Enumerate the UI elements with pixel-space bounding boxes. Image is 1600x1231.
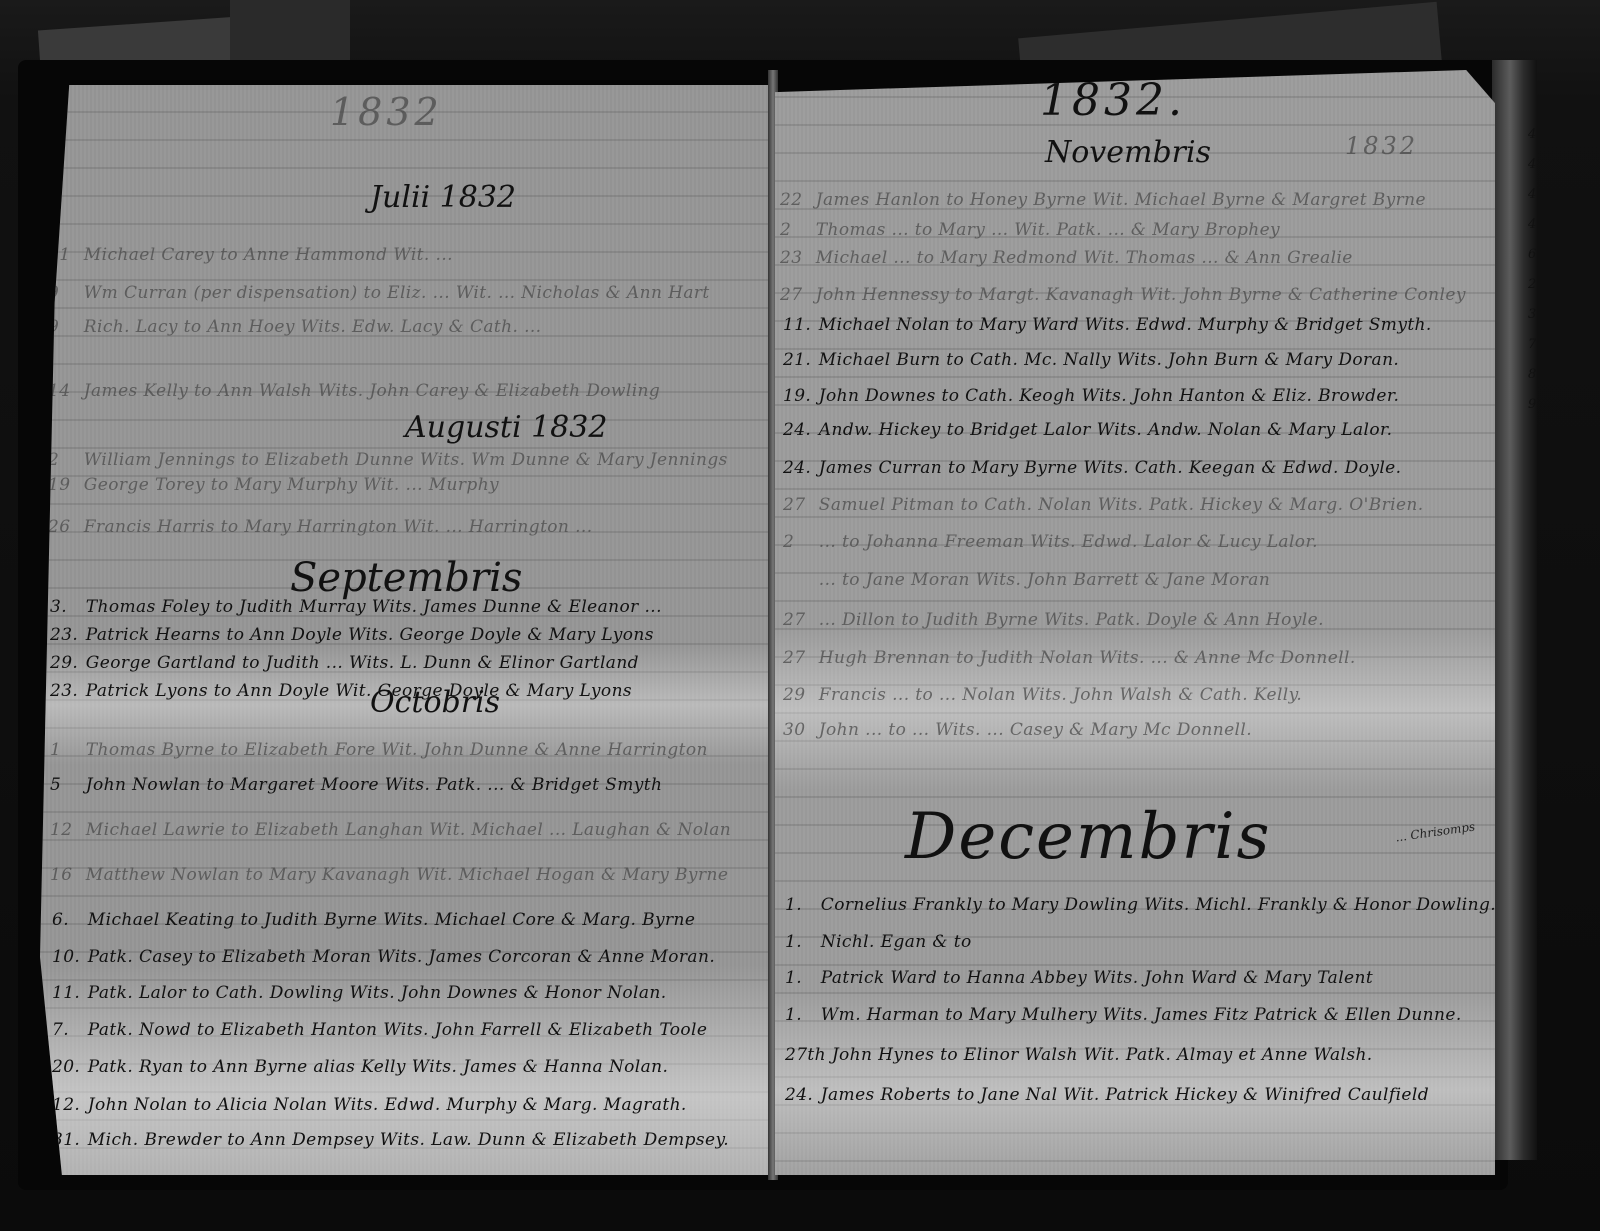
entry-day: 1. [785, 968, 815, 988]
entry-text: Michael ... to Mary Redmond Wit. Thomas … [810, 248, 1353, 268]
register-entry: 27 Samuel Pitman to Cath. Nolan Wits. Pa… [783, 495, 1424, 515]
edge-number: 4 [1528, 180, 1548, 210]
register-entry: 23. Patrick Hearns to Ann Doyle Wits. Ge… [50, 625, 654, 645]
register-entry: 5 John Nowlan to Margaret Moore Wits. Pa… [50, 775, 662, 795]
entry-day: 29 [783, 685, 813, 705]
entry-text: John Hynes to Elinor Walsh Wit. Patk. Al… [826, 1045, 1373, 1065]
entry-text: Michael Lawrie to Elizabeth Langhan Wit.… [80, 820, 731, 840]
register-entry: 12. John Nolan to Alicia Nolan Wits. Edw… [52, 1095, 687, 1115]
entry-text: Francis Harris to Mary Harrington Wit. .… [78, 517, 593, 537]
entry-text: Francis ... to ... Nolan Wits. John Wals… [813, 685, 1302, 705]
entry-text: Matthew Nowlan to Mary Kavanagh Wit. Mic… [80, 865, 728, 885]
entry-text: John Nolan to Alicia Nolan Wits. Edwd. M… [82, 1095, 687, 1115]
entry-day: 24. [783, 458, 813, 478]
entry-day: 27th [785, 1045, 826, 1065]
right-year-marginal: 1832 [1345, 132, 1418, 160]
entry-day: 5 [50, 775, 80, 795]
entry-text: Michael Carey to Anne Hammond Wit. ... [78, 245, 453, 265]
entry-day: 2 [780, 220, 810, 240]
entry-text: Thomas ... to Mary ... Wit. Patk. ... & … [810, 220, 1280, 240]
register-entry: 22 James Hanlon to Honey Byrne Wit. Mich… [780, 190, 1426, 210]
entry-text: James Kelly to Ann Walsh Wits. John Care… [78, 381, 660, 401]
entry-day: 27 [783, 610, 813, 630]
register-entry: 27th John Hynes to Elinor Walsh Wit. Pat… [785, 1045, 1373, 1065]
edge-number: 2 [1528, 270, 1548, 300]
register-entry: 10. Patk. Casey to Elizabeth Moran Wits.… [52, 947, 715, 967]
entry-text: Rich. Lacy to Ann Hoey Wits. Edw. Lacy &… [78, 317, 542, 337]
register-entry: 2 William Jennings to Elizabeth Dunne Wi… [48, 450, 728, 470]
edge-number: 3 [1528, 300, 1548, 330]
entry-text: ... to Johanna Freeman Wits. Edwd. Lalor… [813, 532, 1318, 552]
month-heading: Julii 1832 [370, 180, 516, 215]
register-entry: 29 Francis ... to ... Nolan Wits. John W… [783, 685, 1302, 705]
entry-text: Patk. Lalor to Cath. Dowling Wits. John … [82, 983, 667, 1003]
entry-day: 3. [50, 597, 80, 617]
register-entry: ... to Jane Moran Wits. John Barrett & J… [783, 570, 1270, 590]
register-entry: 16 Matthew Nowlan to Mary Kavanagh Wit. … [50, 865, 728, 885]
edge-number: 9 [1528, 390, 1548, 420]
register-entry: 1. Cornelius Frankly to Mary Dowling Wit… [785, 895, 1495, 915]
register-entry: 19. John Downes to Cath. Keogh Wits. Joh… [783, 386, 1399, 406]
register-entry: 19 George Torey to Mary Murphy Wit. ... … [48, 475, 499, 495]
entry-text: John Nowlan to Margaret Moore Wits. Patk… [80, 775, 662, 795]
register-entry: 1. Wm. Harman to Mary Mulhery Wits. Jame… [785, 1005, 1462, 1025]
entry-text: Wm. Harman to Mary Mulhery Wits. James F… [815, 1005, 1462, 1025]
entry-day: 1. [785, 1005, 815, 1025]
entry-text: Mich. Brewder to Ann Dempsey Wits. Law. … [82, 1130, 729, 1150]
entry-day: 22 [780, 190, 810, 210]
register-entry: 29. George Gartland to Judith ... Wits. … [50, 653, 639, 673]
entry-text: John Downes to Cath. Keogh Wits. John Ha… [813, 386, 1399, 406]
register-entry: 12 Michael Lawrie to Elizabeth Langhan W… [50, 820, 731, 840]
entry-day: 21. [783, 350, 813, 370]
edge-number: 8 [1528, 360, 1548, 390]
entry-day: 12. [52, 1095, 82, 1115]
entry-text: James Curran to Mary Byrne Wits. Cath. K… [813, 458, 1401, 478]
entry-text: Thomas Foley to Judith Murray Wits. Jame… [80, 597, 662, 617]
register-entry: 3. Thomas Foley to Judith Murray Wits. J… [50, 597, 662, 617]
entry-day: 1. [785, 895, 815, 915]
left-year-header: 1832 [330, 90, 443, 134]
edge-number: 7 [1528, 330, 1548, 360]
entry-text: John ... to ... Wits. ... Casey & Mary M… [813, 720, 1252, 740]
register-entry: 2 Thomas ... to Mary ... Wit. Patk. ... … [780, 220, 1280, 240]
edge-number: 4 [1528, 120, 1548, 150]
entry-text: Samuel Pitman to Cath. Nolan Wits. Patk.… [813, 495, 1424, 515]
register-entry: 9 Wm Curran (per dispensation) to Eliz. … [48, 283, 710, 303]
entry-text: Michael Burn to Cath. Mc. Nally Wits. Jo… [813, 350, 1399, 370]
entry-day: 29. [50, 653, 80, 673]
entry-day: 1 [50, 740, 80, 760]
entry-day: 6. [52, 910, 82, 930]
entry-text: Michael Keating to Judith Byrne Wits. Mi… [82, 910, 695, 930]
register-entry: 21 Michael Carey to Anne Hammond Wit. ..… [48, 245, 453, 265]
entry-text: George Torey to Mary Murphy Wit. ... Mur… [78, 475, 499, 495]
entry-day: 23 [780, 248, 810, 268]
entry-day: 1. [785, 932, 815, 952]
edge-tab-numbers: 4444623789 [1528, 120, 1548, 420]
register-entry: 1. Patrick Ward to Hanna Abbey Wits. Joh… [785, 968, 1373, 988]
month-heading: Decembris [905, 800, 1271, 874]
entry-day: 11. [783, 315, 813, 335]
entry-day: 2 [783, 532, 813, 552]
entry-day: 19 [48, 475, 78, 495]
month-heading: Augusti 1832 [405, 410, 607, 445]
register-entry: 2 ... to Johanna Freeman Wits. Edwd. Lal… [783, 532, 1318, 552]
entry-text: Michael Nolan to Mary Ward Wits. Edwd. M… [813, 315, 1432, 335]
entry-text: James Hanlon to Honey Byrne Wit. Michael… [810, 190, 1426, 210]
register-entry: 6. Michael Keating to Judith Byrne Wits.… [52, 910, 695, 930]
entry-day: 30 [783, 720, 813, 740]
entry-text: Wm Curran (per dispensation) to Eliz. ..… [78, 283, 710, 303]
margin-note: ... Chrisomps [1394, 819, 1476, 844]
entry-text: Patrick Ward to Hanna Abbey Wits. John W… [815, 968, 1373, 988]
register-entry: 1. Nichl. Egan & to [785, 932, 972, 952]
entry-day: 24. [785, 1085, 815, 1105]
entry-day: 16 [50, 865, 80, 885]
entry-day: 27 [780, 285, 810, 305]
entry-text: John Hennessy to Margt. Kavanagh Wit. Jo… [810, 285, 1466, 305]
entry-day: 20. [52, 1057, 82, 1077]
entry-day: 24. [783, 420, 813, 440]
register-entry: 24. James Roberts to Jane Nal Wit. Patri… [785, 1085, 1429, 1105]
month-heading: Octobris [370, 685, 500, 720]
entry-text: Patk. Casey to Elizabeth Moran Wits. Jam… [82, 947, 715, 967]
register-entry: 9 Rich. Lacy to Ann Hoey Wits. Edw. Lacy… [48, 317, 542, 337]
register-entry: 23. Patrick Lyons to Ann Doyle Wit. Geor… [50, 681, 632, 701]
register-entry: 21. Michael Burn to Cath. Mc. Nally Wits… [783, 350, 1399, 370]
register-entry: 24. James Curran to Mary Byrne Wits. Cat… [783, 458, 1401, 478]
entry-day: 12 [50, 820, 80, 840]
entry-text: Hugh Brennan to Judith Nolan Wits. ... &… [813, 648, 1356, 668]
register-entry: 14 James Kelly to Ann Walsh Wits. John C… [48, 381, 660, 401]
entry-text: Patk. Nowd to Elizabeth Hanton Wits. Joh… [82, 1020, 707, 1040]
entry-text: George Gartland to Judith ... Wits. L. D… [80, 653, 639, 673]
entry-day: 26 [48, 517, 78, 537]
entry-text: ... to Jane Moran Wits. John Barrett & J… [813, 570, 1270, 590]
entry-day: 27 [783, 495, 813, 515]
entry-text: Patrick Lyons to Ann Doyle Wit. George D… [80, 681, 632, 701]
entry-text: Cornelius Frankly to Mary Dowling Wits. … [815, 895, 1495, 915]
right-page: 1832. 1832 Novembris22 James Hanlon to H… [775, 70, 1495, 1175]
entry-day: 27 [783, 648, 813, 668]
register-entry: 1 Thomas Byrne to Elizabeth Fore Wit. Jo… [50, 740, 708, 760]
register-entry: 24. Andw. Hickey to Bridget Lalor Wits. … [783, 420, 1392, 440]
entry-day: 10. [52, 947, 82, 967]
register-entry: 27 John Hennessy to Margt. Kavanagh Wit.… [780, 285, 1466, 305]
entry-text: Patrick Hearns to Ann Doyle Wits. George… [80, 625, 654, 645]
entry-text: James Roberts to Jane Nal Wit. Patrick H… [815, 1085, 1429, 1105]
entry-day: 2 [48, 450, 78, 470]
month-heading: Septembris [290, 555, 522, 601]
entry-text: Thomas Byrne to Elizabeth Fore Wit. John… [80, 740, 708, 760]
register-entry: 27 Hugh Brennan to Judith Nolan Wits. ..… [783, 648, 1356, 668]
entry-text: Andw. Hickey to Bridget Lalor Wits. Andw… [813, 420, 1392, 440]
month-heading: Novembris [1045, 135, 1211, 170]
entry-day: 11. [52, 983, 82, 1003]
left-page: 1832 Julii 183221 Michael Carey to Anne … [40, 85, 770, 1175]
register-entry: 31. Mich. Brewder to Ann Dempsey Wits. L… [52, 1130, 729, 1150]
register-entry: 11. Patk. Lalor to Cath. Dowling Wits. J… [52, 983, 667, 1003]
register-entry: 7. Patk. Nowd to Elizabeth Hanton Wits. … [52, 1020, 707, 1040]
entry-day: 7. [52, 1020, 82, 1040]
register-entry: 26 Francis Harris to Mary Harrington Wit… [48, 517, 593, 537]
register-entry: 27 ... Dillon to Judith Byrne Wits. Patk… [783, 610, 1324, 630]
edge-number: 6 [1528, 240, 1548, 270]
entry-text: Patk. Ryan to Ann Byrne alias Kelly Wits… [82, 1057, 668, 1077]
entry-day: 19. [783, 386, 813, 406]
entry-day: 23. [50, 625, 80, 645]
entry-day: 23. [50, 681, 80, 701]
entry-text: Nichl. Egan & to [815, 932, 972, 952]
register-entry: 20. Patk. Ryan to Ann Byrne alias Kelly … [52, 1057, 668, 1077]
entry-text: ... Dillon to Judith Byrne Wits. Patk. D… [813, 610, 1324, 630]
edge-number: 4 [1528, 150, 1548, 180]
register-entry: 23 Michael ... to Mary Redmond Wit. Thom… [780, 248, 1353, 268]
edge-number: 4 [1528, 210, 1548, 240]
entry-text: William Jennings to Elizabeth Dunne Wits… [78, 450, 728, 470]
register-entry: 11. Michael Nolan to Mary Ward Wits. Edw… [783, 315, 1432, 335]
register-entry: 30 John ... to ... Wits. ... Casey & Mar… [783, 720, 1252, 740]
